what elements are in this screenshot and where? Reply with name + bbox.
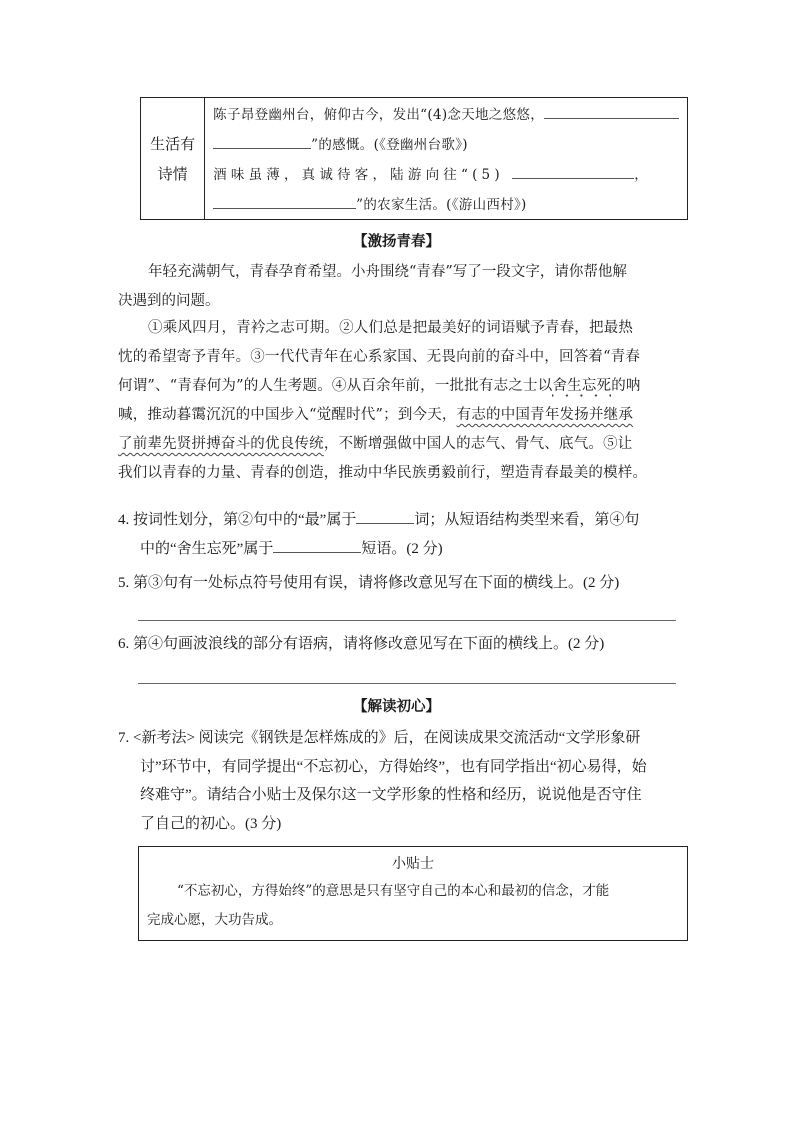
blank-q4-phrase-type[interactable] <box>273 536 361 553</box>
tip-box: 小贴士 “不忘初心，方得始终”的意思是只有坚守自己的本心和最初的信念，才能 完成… <box>138 846 688 941</box>
reading-passage: ①乘风四月，青衿之志可期。②人们总是把最美好的词语赋予青春，把最热 忱的希望寄予… <box>118 314 683 488</box>
question-6: 6. 第④句画波浪线的部分有语病，请将修改意见写在下面的横线上。(2 分) <box>118 630 688 659</box>
tip-title: 小贴士 <box>147 851 679 877</box>
poem-line-1: 陈子昂登幽州台，俯仰古今，发出“(4)念天地之悠悠， <box>213 100 679 130</box>
exam-page: 生活有 诗情 陈子昂登幽州台，俯仰古今，发出“(4)念天地之悠悠， ”的感慨。(… <box>0 0 793 1122</box>
row-header-line-1: 生活有 <box>150 129 195 159</box>
row-header-line-2: 诗情 <box>158 159 188 189</box>
tip-text: “不忘初心，方得始终”的意思是只有坚守自己的本心和最初的信念，才能 完成心愿，大… <box>147 877 679 935</box>
passage-line-6: 我们以青春的力量、青春的创造，推动中华民族勇毅前行，塑造青春最美的模样。 <box>118 459 683 488</box>
poem-line-2: ”的感慨。(《登幽州台歌》) <box>213 130 679 160</box>
blank-5b[interactable] <box>213 192 356 209</box>
passage-line-1: ①乘风四月，青衿之志可期。②人们总是把最美好的词语赋予青春，把最热 <box>118 314 683 343</box>
table-content: 陈子昂登幽州台，俯仰古今，发出“(4)念天地之悠悠， ”的感慨。(《登幽州台歌》… <box>205 98 687 219</box>
blank-q4-word-class[interactable] <box>356 507 414 524</box>
answer-line-q5[interactable] <box>138 620 676 621</box>
passage-line-2: 忱的希望寄予青年。③一代代青年在心系家国、无畏向前的奋斗中，回答着“青春 <box>118 343 683 372</box>
poem-line-3: 酒味虽薄，真诚待客，陆游向往“(5) ， <box>213 160 679 190</box>
poem-line-4: ”的农家生活。(《游山西村》) <box>213 190 679 220</box>
emphasis-dotted-phrase: 舍生忘死 <box>552 378 611 394</box>
answer-line-q6[interactable] <box>138 683 676 684</box>
table-row-header: 生活有 诗情 <box>141 98 205 219</box>
question-7: 7. <新考法> 阅读完《钢铁是怎样炼成的》后，在阅读成果交流活动“文学形象研 … <box>118 724 688 838</box>
section-title-original-aspiration: 【解读初心】 <box>0 695 793 716</box>
question-4: 4. 按词性划分，第②句中的“最”属于词；从短语结构类型来看，第④句 中的“舍生… <box>118 506 688 563</box>
poetry-fill-table: 生活有 诗情 陈子昂登幽州台，俯仰古今，发出“(4)念天地之悠悠， ”的感慨。(… <box>140 97 688 220</box>
wavy-underlined-phrase: 了前辈先贤拼搏奋斗的优良传统 <box>118 436 324 452</box>
section-intro: 年轻充满朝气，青春孕育希望。小舟围绕“青春”写了一段文字，请你帮他解 决遇到的问… <box>118 258 683 315</box>
blank-5a[interactable] <box>512 162 634 179</box>
section-title-youth: 【激扬青春】 <box>0 230 793 251</box>
passage-line-3: 何谓”、“青春何为”的人生考题。④从百余年前，一批批有志之士以舍生忘死的呐 <box>118 372 683 401</box>
question-5: 5. 第③句有一处标点符号使用有误，请将修改意见写在下面的横线上。(2 分) <box>118 569 688 598</box>
passage-line-5: 了前辈先贤拼搏奋斗的优良传统，不断增强做中国人的志气、骨气、底气。⑤让 <box>118 430 683 459</box>
blank-4b[interactable] <box>213 132 311 149</box>
wavy-underlined-phrase: 有志的中国青年发扬并继承 <box>457 407 633 423</box>
passage-line-4: 喊，推动暮霭沉沉的中国步入“觉醒时代”；到今天，有志的中国青年发扬并继承 <box>118 401 683 430</box>
blank-4a[interactable] <box>544 102 679 119</box>
